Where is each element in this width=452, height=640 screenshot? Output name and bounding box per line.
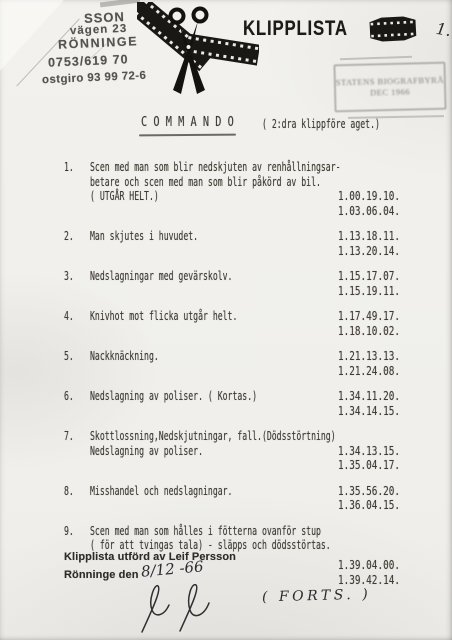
clip-item: 7.Skottlossning,Nedskjutningar, fall.(Dö… [64, 429, 422, 473]
clip-item-number: 8. [64, 484, 82, 499]
letterhead-line: 0753/619 70 [48, 52, 129, 69]
clip-item-timecodes: 1.35.56.20.1.36.04.15. [338, 484, 418, 513]
film-title-underline [139, 134, 236, 137]
censor-stamp-line: DEC 1966 [370, 87, 410, 99]
clip-item-number: 3. [64, 269, 82, 284]
clip-item-number: 2. [64, 229, 82, 244]
clip-item-line: Misshandel och nedslagningar. [90, 484, 259, 499]
timecode: 1.13.18.11. [338, 229, 400, 244]
clip-item-line: Nackknäckning. [90, 349, 259, 364]
clip-item-line: Scen med man som hålles i fötterna ovanf… [90, 524, 259, 539]
clip-item-timecodes: 1.34.11.20.1.34.14.15. [338, 389, 418, 418]
clip-item: 6.Nedslagning av poliser. ( Kortas.)1.34… [64, 389, 422, 418]
clip-item: 1.Scen med man som blir nedskjuten av re… [64, 160, 422, 218]
clip-item-description: Skottlossning,Nedskjutningar, fall.(Döds… [90, 429, 338, 458]
clip-item-description: Nedslagningar med gevärskolv. [90, 269, 338, 284]
signature [126, 576, 236, 638]
clip-item-description: Man skjutes i huvudet. [90, 229, 338, 244]
clip-item-line: Nedslagningar med gevärskolv. [90, 269, 259, 284]
clip-item-number: 1. [64, 160, 82, 175]
clip-item-timecodes: 1.39.04.00.1.39.42.14. [338, 558, 418, 587]
clip-item-line: Nedslagning av poliser. [90, 444, 259, 459]
scan-smudge [100, 0, 140, 7]
timecode: 1.03.06.04. [338, 204, 400, 219]
timecode: 1.15.19.11. [338, 284, 400, 299]
clip-item-number: 4. [64, 309, 82, 324]
clip-item-number: 7. [64, 429, 82, 444]
clip-item-line: ( UTGÅR HELT.) [90, 189, 259, 204]
timecode: 1.36.04.15. [338, 498, 400, 513]
clip-item-description: Misshandel och nedslagningar. [90, 484, 338, 499]
timecode: 1.34.14.15. [338, 404, 400, 419]
letterhead-line: RÖNNINGE [58, 34, 139, 51]
clip-item-timecodes: 1.34.13.15.1.35.04.17. [338, 444, 418, 473]
clip-item-description: Nackknäckning. [90, 349, 338, 364]
timecode: 1.00.19.10. [338, 189, 400, 204]
letterhead-line: ostgiro 93 99 72-6 [42, 70, 147, 87]
clip-item-description: Nedslagning av poliser. ( Kortas.) [90, 389, 338, 404]
clip-item-description: Scen med man som hålles i fötterna ovanf… [90, 524, 338, 553]
film-title: C O M M A N D O [141, 116, 234, 131]
clip-item-line: Scen med man som blir nedskjuten av renh… [90, 160, 259, 175]
timecode: 1.34.13.15. [338, 444, 400, 459]
clip-list: 1.Scen med man som blir nedskjuten av re… [64, 160, 422, 598]
timecode: 1.35.56.20. [338, 484, 400, 499]
clip-item-timecodes: 1.00.19.10.1.03.06.04. [338, 189, 418, 218]
clip-item-line: Skottlossning,Nedskjutningar, fall.(Döds… [90, 429, 259, 444]
clip-item: 8.Misshandel och nedslagningar.1.35.56.2… [64, 484, 422, 513]
clip-item-timecodes: 1.15.17.07.1.15.19.11. [338, 269, 418, 298]
timecode: 1.21.24.08. [338, 364, 400, 379]
scissors-filmstrip-logo [137, 2, 259, 106]
clip-item: 5.Nackknäckning.1.21.13.13.1.21.24.08. [64, 349, 422, 378]
scanned-document-page: SSON vägen 23 RÖNNINGE 0753/619 70 ostgi… [0, 0, 452, 640]
timecode: 1.39.42.14. [338, 573, 400, 588]
timecode: 1.34.11.20. [338, 389, 400, 404]
clip-item: 2.Man skjutes i huvudet.1.13.18.11.1.13.… [64, 229, 422, 258]
clip-item-description: Knivhot mot flicka utgår helt. [90, 309, 338, 324]
timecode: 1.21.13.13. [338, 349, 400, 364]
scan-smudge [340, 56, 412, 60]
clip-item-line: Nedslagning av poliser. ( Kortas.) [90, 389, 259, 404]
clip-item-line: Man skjutes i huvudet. [90, 229, 259, 244]
cut-version-note: ( 2:dra klippföre aget.) [262, 117, 380, 132]
clip-item: 3.Nedslagningar med gevärskolv.1.15.17.0… [64, 269, 422, 298]
filmstrip-icon [369, 15, 417, 47]
timecode: 1.35.04.17. [338, 458, 400, 473]
handwritten-page-number: 1. [435, 19, 452, 40]
timecode: 1.13.20.14. [338, 244, 400, 259]
clip-item-number: 5. [64, 349, 82, 364]
timecode: 1.39.04.00. [338, 558, 400, 573]
clip-item-line: Knivhot mot flicka utgår helt. [90, 309, 259, 324]
censor-date-stamp: STATENS BIOGRAFBYRÅ DEC 1966 [333, 62, 446, 113]
clip-item-description: Scen med man som blir nedskjuten av renh… [90, 160, 338, 204]
clip-item-number: 6. [64, 389, 82, 404]
timecode: 1.17.49.17. [338, 309, 400, 324]
clip-item-timecodes: 1.17.49.17.1.18.10.02. [338, 309, 418, 338]
clip-item-number: 9. [64, 524, 82, 539]
timecode: 1.18.10.02. [338, 324, 400, 339]
clip-item-timecodes: 1.21.13.13.1.21.24.08. [338, 349, 418, 378]
document-title: KLIPPLISTA [243, 17, 348, 41]
timecode: 1.15.17.07. [338, 269, 400, 284]
clip-item-line: betare och scen med man som blir påkörd … [90, 175, 259, 190]
clip-item-timecodes: 1.13.18.11.1.13.20.14. [338, 229, 418, 258]
clip-item: 4.Knivhot mot flicka utgår helt.1.17.49.… [64, 309, 422, 338]
continuation-note: ( FORTS. ) [262, 587, 372, 606]
